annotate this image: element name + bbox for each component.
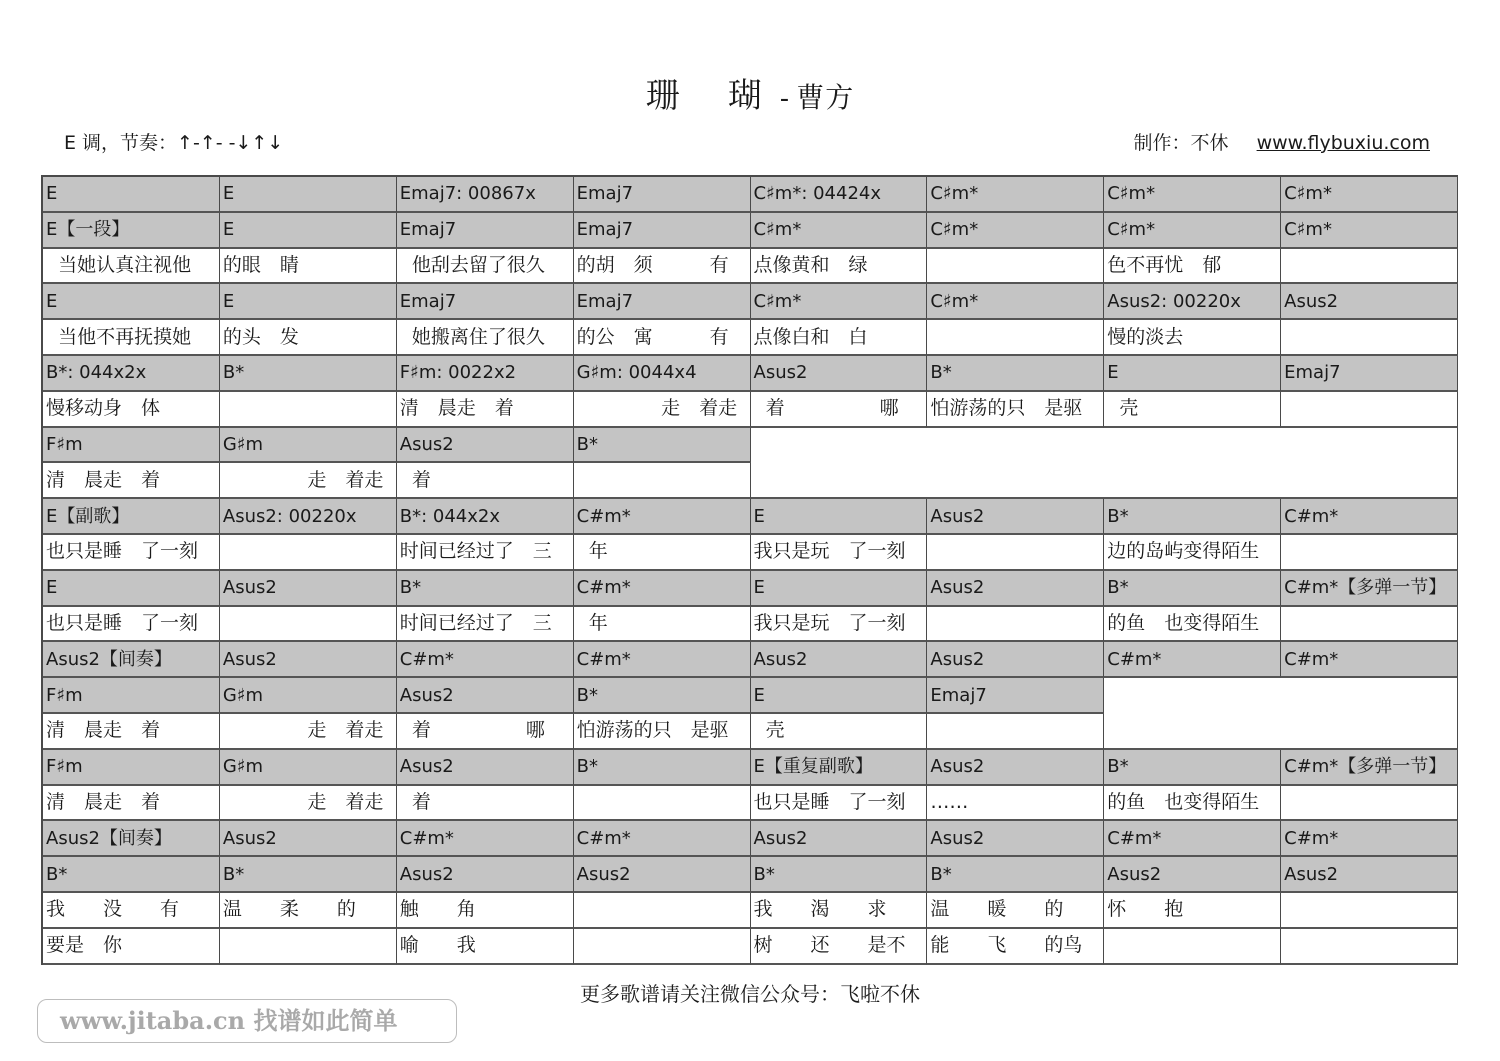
chord-cell: Asus2	[397, 857, 574, 893]
chord-cell: E【重复副歌】	[751, 750, 928, 786]
lyric-cell: 慢	[1281, 320, 1458, 356]
chord-cell: Asus2	[751, 821, 928, 857]
chord-cell: Emaj7	[397, 284, 574, 320]
lyric-cell: 慢的淡去	[1104, 320, 1281, 356]
chord-cell: Asus2【间奏】	[43, 642, 220, 678]
title-separator: -	[780, 84, 790, 114]
lyric-cell: 慢	[927, 320, 1104, 356]
chord-cell: C#m*	[1281, 821, 1458, 857]
lyric-cell: 慢移动身 体	[43, 392, 220, 428]
chord-cell: E	[43, 571, 220, 607]
lyric-cell: 边的岛屿变得陌生	[1104, 535, 1281, 571]
lyric-cell: 我 没 有	[43, 893, 220, 929]
empty-area	[1104, 678, 1458, 750]
lyric-cell: 着	[397, 786, 574, 822]
chord-cell: Asus2	[220, 821, 397, 857]
lyric-cell: 走 着走	[220, 463, 397, 499]
lyric-cell: 他刮去留了很久	[397, 249, 574, 285]
lyric-cell: 的鱼 也变得陌生	[1104, 607, 1281, 643]
lyric-cell: 温 暖 的	[927, 893, 1104, 929]
chord-lyric-sheet: EEEmaj7: 00867xEmaj7C♯m*: 04424xC♯m*C♯m*…	[41, 175, 1458, 965]
chord-cell: B*: 044x2x	[397, 499, 574, 535]
chord-cell: Emaj7	[574, 177, 751, 213]
lyric-cell: 清 晨走 着	[43, 463, 220, 499]
chord-cell: B*	[1104, 750, 1281, 786]
chord-cell: Asus2	[397, 678, 574, 714]
chord-cell: Asus2	[927, 642, 1104, 678]
lyric-cell: 在	[220, 392, 397, 428]
chord-cell: Asus2	[751, 642, 928, 678]
lyric-cell: 能 飞 的鸟	[927, 929, 1104, 965]
chord-cell: B*	[927, 356, 1104, 392]
chord-cell: F♯m	[43, 750, 220, 786]
chord-cell: C#m*	[574, 571, 751, 607]
lyric-cell: 岸	[927, 535, 1104, 571]
lyric-cell: 壳	[751, 714, 928, 750]
chord-cell: Emaj7	[1281, 356, 1458, 392]
lyric-cell: 的胡 须 有	[574, 249, 751, 285]
chord-cell: Asus2: 00220x	[220, 499, 397, 535]
chord-cell: B*	[574, 428, 751, 464]
chord-cell: Asus2	[1281, 284, 1458, 320]
lyric-cell: 着 哪	[751, 392, 928, 428]
chord-cell: Asus2	[574, 857, 751, 893]
chord-cell: C♯m*	[927, 177, 1104, 213]
lyric-cell: 我只是玩 了一刻	[751, 607, 928, 643]
lyric-cell: 的公 寓 有	[574, 320, 751, 356]
chord-cell: C♯m*	[751, 213, 928, 249]
chord-cell: C♯m*	[1104, 213, 1281, 249]
lyric-cell: 怀 抱	[1104, 893, 1281, 929]
chord-cell: B*	[1104, 571, 1281, 607]
chord-cell: F♯m: 0022x2	[397, 356, 574, 392]
lyric-cell: 走 着走	[220, 786, 397, 822]
lyric-cell	[1281, 929, 1458, 965]
chord-cell: C#m*	[574, 821, 751, 857]
lyric-cell: 也只是睡 了一刻	[43, 535, 220, 571]
lyric-cell: 喻 我	[397, 929, 574, 965]
chord-cell: E	[751, 678, 928, 714]
lyric-cell: 着	[397, 463, 574, 499]
chord-cell: C♯m*	[927, 284, 1104, 320]
lyric-cell: 色不再忧 郁	[1104, 249, 1281, 285]
chord-cell: F♯m	[43, 428, 220, 464]
chord-cell: Emaj7	[927, 678, 1104, 714]
lyric-cell: 树 还 是不	[751, 929, 928, 965]
chord-cell: C♯m*: 04424x	[751, 177, 928, 213]
lyric-cell: 的头 发	[220, 320, 397, 356]
lyric-cell: 我 渴 求	[751, 893, 928, 929]
chord-cell: B*: 044x2x	[43, 356, 220, 392]
chord-cell: C#m*	[1281, 642, 1458, 678]
chord-cell: C#m*	[1104, 821, 1281, 857]
chord-cell: Asus2	[927, 821, 1104, 857]
lyric-cell: 她搬离住了很久	[397, 320, 574, 356]
chord-cell: Emaj7	[397, 213, 574, 249]
chord-cell: E【副歌】	[43, 499, 220, 535]
chord-cell: C♯m*	[1281, 213, 1458, 249]
chord-cell: Asus2	[751, 356, 928, 392]
lyric-cell	[574, 786, 751, 822]
chord-cell: B*	[1104, 499, 1281, 535]
chord-cell: B*	[751, 857, 928, 893]
chord-cell: C#m*	[1281, 499, 1458, 535]
chord-cell: C#m*【多弹一节】	[1281, 750, 1458, 786]
lyric-cell: 当他不再抚摸她	[43, 320, 220, 356]
chord-cell: E	[220, 213, 397, 249]
chord-cell: E	[1104, 356, 1281, 392]
chord-cell: C#m*	[397, 821, 574, 857]
lyric-cell: 年	[574, 535, 751, 571]
lyric-cell: 是	[574, 929, 751, 965]
chord-cell: B*	[220, 356, 397, 392]
chord-cell: C#m*	[574, 642, 751, 678]
chord-cell: E	[751, 499, 928, 535]
chord-cell: E【一段】	[43, 213, 220, 249]
lyric-cell: 怕游荡的只 是驱	[574, 714, 751, 750]
chord-cell: G♯m	[220, 678, 397, 714]
chord-cell: B*	[397, 571, 574, 607]
lyric-cell	[1281, 786, 1458, 822]
chord-cell: G♯m	[220, 428, 397, 464]
lyric-cell: 在	[1281, 392, 1458, 428]
lyric-cell: 点像黄和 绿	[751, 249, 928, 285]
chord-cell: E	[751, 571, 928, 607]
artist-name: 曹方	[796, 81, 854, 114]
chord-cell: Asus2	[927, 750, 1104, 786]
chord-cell: B*	[574, 678, 751, 714]
lyric-cell	[1281, 535, 1458, 571]
chord-cell: Asus2	[220, 571, 397, 607]
chord-cell: E	[43, 284, 220, 320]
lyric-cell: 的眼 睛	[220, 249, 397, 285]
lyric-cell: 在	[927, 714, 1104, 750]
chord-cell: E	[43, 177, 220, 213]
lyric-cell: 的鱼 也变得陌生	[1104, 786, 1281, 822]
chord-cell: C♯m*	[1104, 177, 1281, 213]
lyric-cell	[574, 463, 751, 499]
lyric-cell: 时间已经过了 三	[397, 607, 574, 643]
lyric-cell	[1281, 607, 1458, 643]
chord-cell: C#m*	[397, 642, 574, 678]
chord-cell: Emaj7	[574, 284, 751, 320]
lyric-cell: 蓝	[927, 249, 1104, 285]
lyric-cell	[574, 893, 751, 929]
chord-cell: Asus2	[927, 499, 1104, 535]
chord-cell: Asus2【间奏】	[43, 821, 220, 857]
lyric-cell: 温 柔 的	[220, 893, 397, 929]
lyric-cell: 清 晨走 着	[397, 392, 574, 428]
key-rhythm-label: E 调，节奏：↑-↑- -↓↑↓	[64, 128, 283, 155]
lyric-cell: ……	[927, 786, 1104, 822]
chord-cell: Asus2	[397, 428, 574, 464]
chord-cell: Emaj7: 00867x	[397, 177, 574, 213]
chord-cell: B*	[43, 857, 220, 893]
lyric-cell	[1281, 249, 1458, 285]
chord-cell: Asus2: 00220x	[1104, 284, 1281, 320]
lyric-cell: 着 哪	[397, 714, 574, 750]
lyric-cell: 也只是睡 了一刻	[43, 607, 220, 643]
lyric-cell: 年	[574, 607, 751, 643]
chord-cell: C♯m*	[927, 213, 1104, 249]
lyric-cell: 壳	[1104, 392, 1281, 428]
chord-cell: C♯m*	[1281, 177, 1458, 213]
lyric-cell: 时间已经过了 三	[397, 535, 574, 571]
chord-cell: C#m*	[1104, 642, 1281, 678]
chord-cell: C#m*【多弹一节】	[1281, 571, 1458, 607]
chord-cell: F♯m	[43, 678, 220, 714]
chord-cell: Asus2	[220, 642, 397, 678]
lyric-cell	[220, 535, 397, 571]
lyric-cell: 清 晨走 着	[43, 786, 220, 822]
chord-cell: Asus2	[397, 750, 574, 786]
site-link[interactable]: www.flybuxiu.com	[1257, 132, 1430, 154]
chord-cell: B*	[574, 750, 751, 786]
maker-label: 制作：不休	[1134, 132, 1229, 154]
chord-cell: G♯m	[220, 750, 397, 786]
lyric-cell: 我只是玩 了一刻	[751, 535, 928, 571]
lyric-cell: 走 着走	[574, 392, 751, 428]
chord-cell: C♯m*	[751, 284, 928, 320]
lyric-cell: 点像白和 白	[751, 320, 928, 356]
chord-cell: Asus2	[1104, 857, 1281, 893]
lyric-cell	[1281, 893, 1458, 929]
lyric-cell	[1104, 929, 1281, 965]
watermark: www.jitaba.cn 找谱如此简单	[37, 999, 457, 1043]
chord-cell: Emaj7	[574, 213, 751, 249]
chord-cell: Asus2	[927, 571, 1104, 607]
lyric-cell: 要是 你	[43, 929, 220, 965]
chord-cell: C#m*	[574, 499, 751, 535]
lyric-cell: 清 晨走 着	[43, 714, 220, 750]
chord-cell: B*	[927, 857, 1104, 893]
lyric-cell: 怕游荡的只 是驱	[927, 392, 1104, 428]
lyric-cell: 当她认真注视他	[43, 249, 220, 285]
lyric-cell: 走 着走	[220, 714, 397, 750]
chord-cell: Asus2	[1281, 857, 1458, 893]
chord-cell: G♯m: 0044x4	[574, 356, 751, 392]
lyric-cell: 比	[220, 929, 397, 965]
lyric-cell: 触 角	[397, 893, 574, 929]
lyric-cell	[220, 607, 397, 643]
empty-area	[751, 428, 1459, 500]
lyric-cell: 也只是睡 了一刻	[751, 786, 928, 822]
lyric-cell: 养	[927, 607, 1104, 643]
song-title-block: 珊瑚-曹方	[0, 68, 1500, 117]
chord-cell: E	[220, 177, 397, 213]
credits: 制作：不休 www.flybuxiu.com	[1134, 128, 1430, 155]
chord-cell: E	[220, 284, 397, 320]
chord-cell: B*	[220, 857, 397, 893]
